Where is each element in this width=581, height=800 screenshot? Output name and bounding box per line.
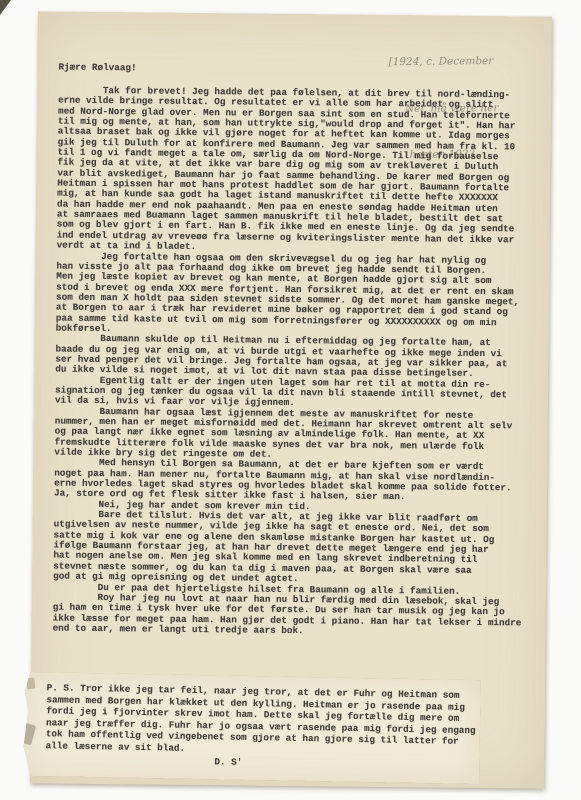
letter-salutation: Rjære Rølvaag! (58, 62, 136, 74)
postscript-text: P. S. Tror ikke jeg tar feil, naar jeg t… (46, 682, 477, 759)
torn-edge-shadow (18, 723, 36, 746)
letter-body: Tak for brevet! Jeg hadde det paa følels… (53, 86, 527, 639)
scanned-letter-page: [1924, c. December Nei, må være her høst… (0, 0, 581, 800)
handwritten-date-note: [1924, c. December (388, 54, 498, 71)
postscript-slip: P. S. Tror ikke jeg tar feil, naar jeg t… (23, 672, 481, 784)
scan-corner-artifact (0, 0, 11, 15)
postscript-initials: D. S' (214, 756, 242, 768)
torn-edge-mark (26, 677, 35, 689)
letter-paper: [1924, c. December Nei, må være her høst… (30, 11, 552, 788)
